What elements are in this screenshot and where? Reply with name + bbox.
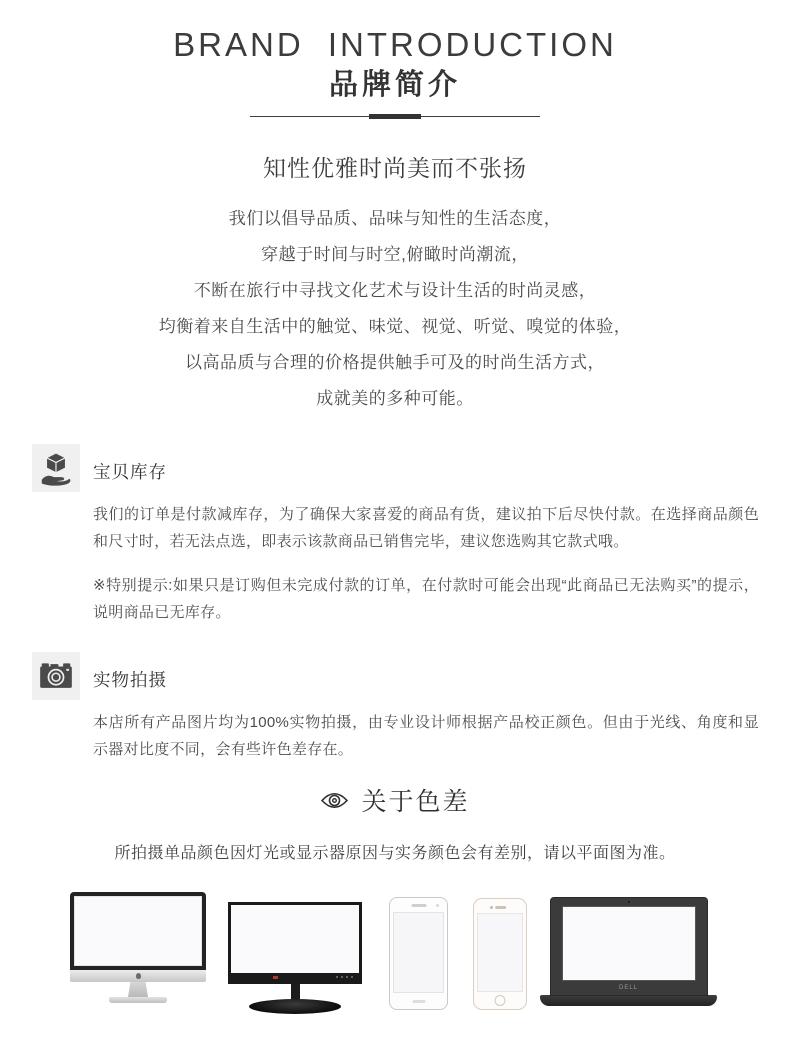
android-phone-screen [393, 912, 444, 993]
phone-speaker [411, 904, 426, 907]
iphone-illustration [473, 898, 527, 1010]
laptop-lid: DELL [550, 897, 708, 996]
iphone-home-button [495, 995, 506, 1006]
imac-stand-base [109, 997, 167, 1003]
laptop-display [562, 906, 696, 981]
android-home-bar [412, 1000, 425, 1003]
iphone-screen [477, 913, 523, 992]
imac-screen [70, 892, 206, 970]
monitor-bezel-bar [231, 973, 359, 981]
dell-laptop-illustration: DELL [540, 897, 717, 1006]
laptop-webcam-dot [628, 901, 630, 903]
laptop-brand-label: DELL [551, 984, 707, 992]
pc-monitor-illustration [228, 902, 362, 1014]
imac-stand-neck [128, 982, 148, 997]
iphone-camera-dot [490, 906, 493, 909]
apple-logo-icon [136, 973, 141, 979]
android-phone-illustration [389, 897, 448, 1010]
imac-desktop-illustration [70, 892, 206, 1003]
phone-camera-dot [436, 904, 439, 907]
brand-introduction-page: BRAND INTRODUCTION 品牌简介 知性优雅时尚美而不张扬 我们以倡… [0, 0, 790, 1048]
monitor-stand-base [249, 999, 341, 1014]
laptop-base [540, 995, 717, 1006]
iphone-speaker [495, 906, 506, 909]
monitor-logo-icon [273, 976, 278, 979]
imac-chin [70, 970, 206, 982]
imac-display [74, 896, 202, 966]
devices-row: DELL [0, 0, 790, 1048]
monitor-buttons [336, 976, 353, 978]
monitor-screen [228, 902, 362, 984]
